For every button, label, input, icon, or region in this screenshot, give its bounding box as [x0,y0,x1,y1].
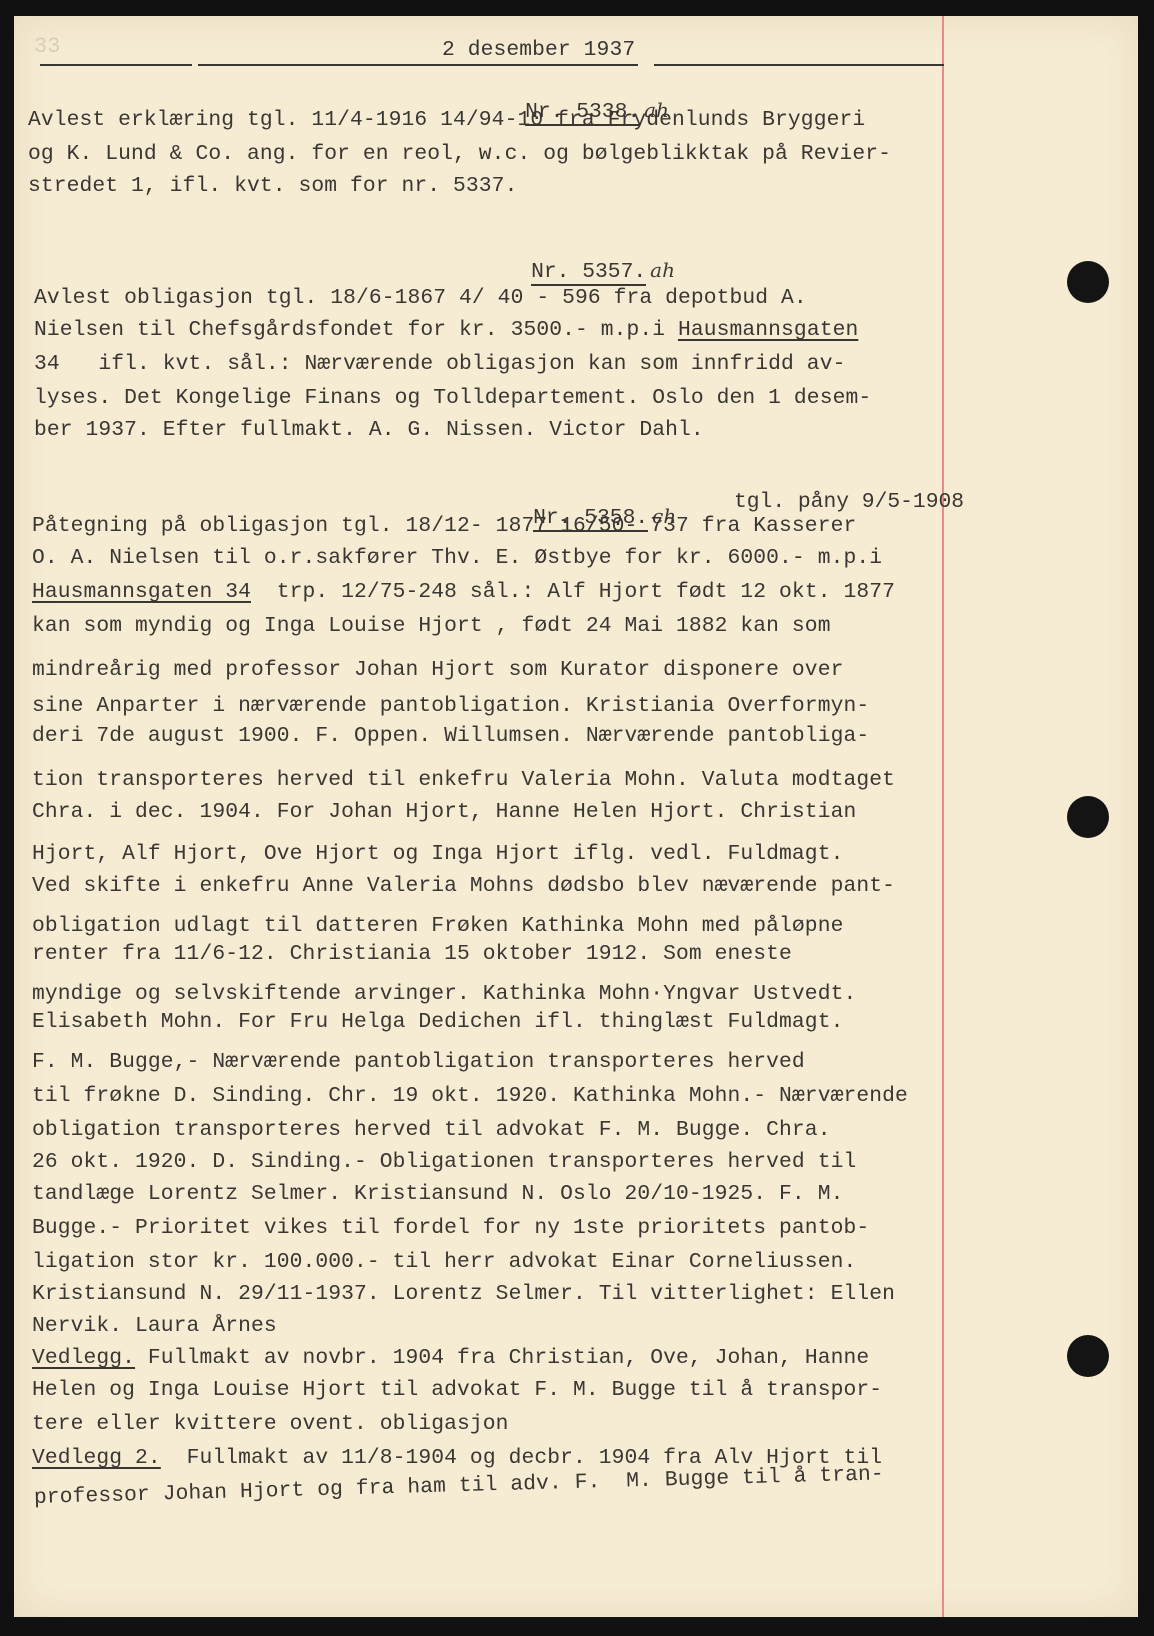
header-rule [198,64,638,66]
red-margin-line [942,16,944,1617]
text-line: Avlest obligasjon tgl. 18/6-1867 4/ 40 -… [34,286,807,310]
text-line: deri 7de august 1900. F. Oppen. Willumse… [32,724,869,748]
faint-page-number: 33 [34,34,60,59]
attachment-line: Vedlegg. Fullmakt av novbr. 1904 fra Chr… [32,1346,869,1370]
text-line: F. M. Bugge,- Nærværende pantobligation … [32,1050,805,1074]
attachment-label: Vedlegg. [32,1346,135,1370]
punch-hole-icon [1067,796,1109,838]
header-rule [40,64,192,66]
text-line: Chra. i dec. 1904. For Johan Hjort, Hann… [32,800,856,824]
text-line: renter fra 11/6-12. Christiania 15 oktob… [32,942,792,966]
text-line: til frøkne D. Sinding. Chr. 19 okt. 1920… [32,1084,908,1108]
text-line: stredet 1, ifl. kvt. som for nr. 5337. [28,174,517,198]
text-line: 34 ifl. kvt. sål.: Nærværende obligasjon… [34,352,845,376]
punch-hole-icon [1067,261,1109,303]
text-line: lyses. Det Kongelige Finans og Tolldepar… [34,386,871,410]
document-page: 33 2 desember 1937 Nr. 5338.ah Avlest er… [14,16,1138,1617]
text-line: Avlest erklæring tgl. 11/4-1916 14/94-10… [28,108,865,132]
date-header: 2 desember 1937 [442,38,635,62]
text-line: kan som myndig og Inga Louise Hjort , fø… [32,614,831,638]
text-line: myndige og selvskiftende arvinger. Kathi… [32,982,856,1006]
text-line: Hausmannsgaten 34 trp. 12/75-248 sål.: A… [32,580,895,604]
text-line: Kristiansund N. 29/11-1937. Lorentz Selm… [32,1282,895,1306]
text-line: tere eller kvittere ovent. obligasjon [32,1412,509,1436]
text-line: tandlæge Lorentz Selmer. Kristiansund N.… [32,1182,843,1206]
text-line: Nervik. Laura Årnes [32,1314,277,1338]
text-line: Nielsen til Chefsgårdsfondet for kr. 350… [34,318,858,342]
underlined-address: Hausmannsgaten [678,318,858,342]
handwritten-initials: ah [650,258,675,282]
text-line: Elisabeth Mohn. For Fru Helga Dedichen i… [32,1010,843,1034]
attachment-label: Vedlegg 2. [32,1446,161,1470]
entry-number: Nr. 5357. [531,260,646,286]
text-line: Helen og Inga Louise Hjort til advokat F… [32,1378,882,1402]
text-line: Hjort, Alf Hjort, Ove Hjort og Inga Hjor… [32,842,843,866]
margin-annotation: tgl. påny 9/5-1908 [734,490,964,514]
text-line: Ved skifte i enkefru Anne Valeria Mohns … [32,874,895,898]
text-line: ber 1937. Efter fullmakt. A. G. Nissen. … [34,418,704,442]
text-line: ligation stor kr. 100.000.- til herr adv… [32,1250,856,1274]
text-line: og K. Lund & Co. ang. for en reol, w.c. … [28,142,891,166]
text-line: Påtegning på obligasjon tgl. 18/12- 1877… [32,514,856,538]
underlined-address: Hausmannsgaten 34 [32,580,251,604]
text-line: Bugge.- Prioritet vikes til fordel for n… [32,1216,869,1240]
punch-hole-icon [1067,1335,1109,1377]
text-line: 26 okt. 1920. D. Sinding.- Obligationen … [32,1150,856,1174]
text-line: sine Anparter i nærværende pantobligatio… [32,694,869,718]
text-line: tion transporteres herved til enkefru Va… [32,768,895,792]
header-rule [654,64,944,66]
text-line: obligation transporteres herved til advo… [32,1118,831,1142]
text-line: mindreårig med professor Johan Hjort som… [32,658,843,682]
text-line: obligation udlagt til datteren Frøken Ka… [32,914,843,938]
text-line: O. A. Nielsen til o.r.sakfører Thv. E. Ø… [32,546,882,570]
